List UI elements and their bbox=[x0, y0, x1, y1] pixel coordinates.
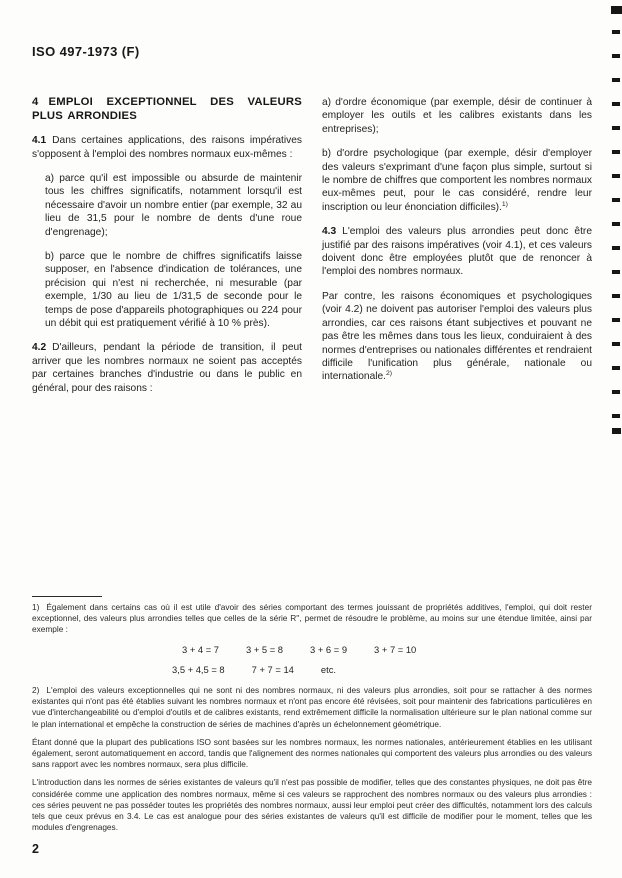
paragraph-4-2: 4.2D'ailleurs, pendant la période de tra… bbox=[32, 341, 302, 395]
scan-artifact-end-mark bbox=[612, 428, 621, 434]
footnote-text: L'emploi des valeurs exceptionnelles qui… bbox=[32, 685, 592, 729]
formula: 7 + 7 = 14 bbox=[252, 664, 294, 675]
footnote-2-paragraph-3: L'introduction dans les normes de séries… bbox=[32, 777, 592, 833]
footnote-2: 2)L'emploi des valeurs exceptionnelles q… bbox=[32, 685, 592, 730]
section-number: 4 bbox=[32, 96, 38, 108]
formula-row-1: 3 + 4 = 7 3 + 5 = 8 3 + 6 = 9 3 + 7 = 10 bbox=[182, 644, 592, 655]
list-item-a: a) parce qu'il est impossible ou absurde… bbox=[32, 172, 302, 239]
page-number: 2 bbox=[32, 842, 39, 856]
two-column-body: 4EMPLOI EXCEPTIONNEL DES VALEURS PLUS AR… bbox=[32, 96, 592, 406]
scan-artifact-corner-mark bbox=[611, 6, 622, 14]
clause-number: 4.3 bbox=[322, 226, 336, 237]
formula: 3 + 5 = 8 bbox=[246, 644, 283, 655]
formula-row-2: 3,5 + 4,5 = 8 7 + 7 = 14 etc. bbox=[172, 664, 592, 675]
footnote-2-paragraph-2: Étant donné que la plupart des publicati… bbox=[32, 737, 592, 771]
footnote-separator-rule bbox=[32, 596, 102, 597]
footnote-marker: 1) bbox=[32, 602, 39, 612]
footnotes-block: 1)Également dans certains cas où il est … bbox=[32, 596, 592, 840]
formula-etc: etc. bbox=[321, 664, 336, 675]
list-item-b: b) d'ordre psychologique (par exemple, d… bbox=[322, 147, 592, 214]
right-column: a) d'ordre économique (par exemple, dési… bbox=[322, 96, 592, 406]
footnote-reference-2: 2) bbox=[386, 370, 392, 377]
formula: 3,5 + 4,5 = 8 bbox=[172, 664, 225, 675]
clause-text: L'emploi des valeurs plus arrondies peut… bbox=[322, 226, 592, 277]
paragraph-text: Par contre, les raisons économiques et p… bbox=[322, 291, 592, 382]
scan-artifact-edge-marks bbox=[612, 30, 620, 434]
paragraph-4-1: 4.1Dans certaines applications, des rais… bbox=[32, 134, 302, 161]
footnote-1: 1)Également dans certains cas où il est … bbox=[32, 602, 592, 636]
list-item-text: b) d'ordre psychologique (par exemple, d… bbox=[322, 148, 592, 213]
section-heading: 4EMPLOI EXCEPTIONNEL DES VALEURS PLUS AR… bbox=[32, 96, 302, 123]
footnote-2-block: 2)L'emploi des valeurs exceptionnelles q… bbox=[32, 685, 592, 833]
list-item-a: a) d'ordre économique (par exemple, dési… bbox=[322, 96, 592, 136]
footnote-reference-1: 1) bbox=[502, 201, 508, 208]
document-reference-header: ISO 497-1973 (F) bbox=[32, 44, 140, 59]
list-item-b: b) parce que le nombre de chiffres signi… bbox=[32, 250, 302, 330]
scanned-document-page: ISO 497-1973 (F) 4EMPLOI EXCEPTIONNEL DE… bbox=[0, 0, 622, 878]
footnote-text: Également dans certains cas où il est ut… bbox=[32, 602, 592, 634]
additive-series-formulas: 3 + 4 = 7 3 + 5 = 8 3 + 6 = 9 3 + 7 = 10… bbox=[32, 644, 592, 675]
section-title: EMPLOI EXCEPTIONNEL DES VALEURS PLUS ARR… bbox=[32, 96, 302, 122]
paragraph-par-contre: Par contre, les raisons économiques et p… bbox=[322, 290, 592, 384]
formula: 3 + 6 = 9 bbox=[310, 644, 347, 655]
formula: 3 + 4 = 7 bbox=[182, 644, 219, 655]
clause-text: Dans certaines applications, des raisons… bbox=[32, 135, 302, 159]
formula: 3 + 7 = 10 bbox=[374, 644, 416, 655]
clause-number: 4.2 bbox=[32, 342, 46, 353]
paragraph-4-3: 4.3L'emploi des valeurs plus arrondies p… bbox=[322, 225, 592, 279]
footnote-marker: 2) bbox=[32, 685, 39, 695]
left-column: 4EMPLOI EXCEPTIONNEL DES VALEURS PLUS AR… bbox=[32, 96, 302, 406]
clause-number: 4.1 bbox=[32, 135, 46, 146]
clause-text: D'ailleurs, pendant la période de transi… bbox=[32, 342, 302, 393]
